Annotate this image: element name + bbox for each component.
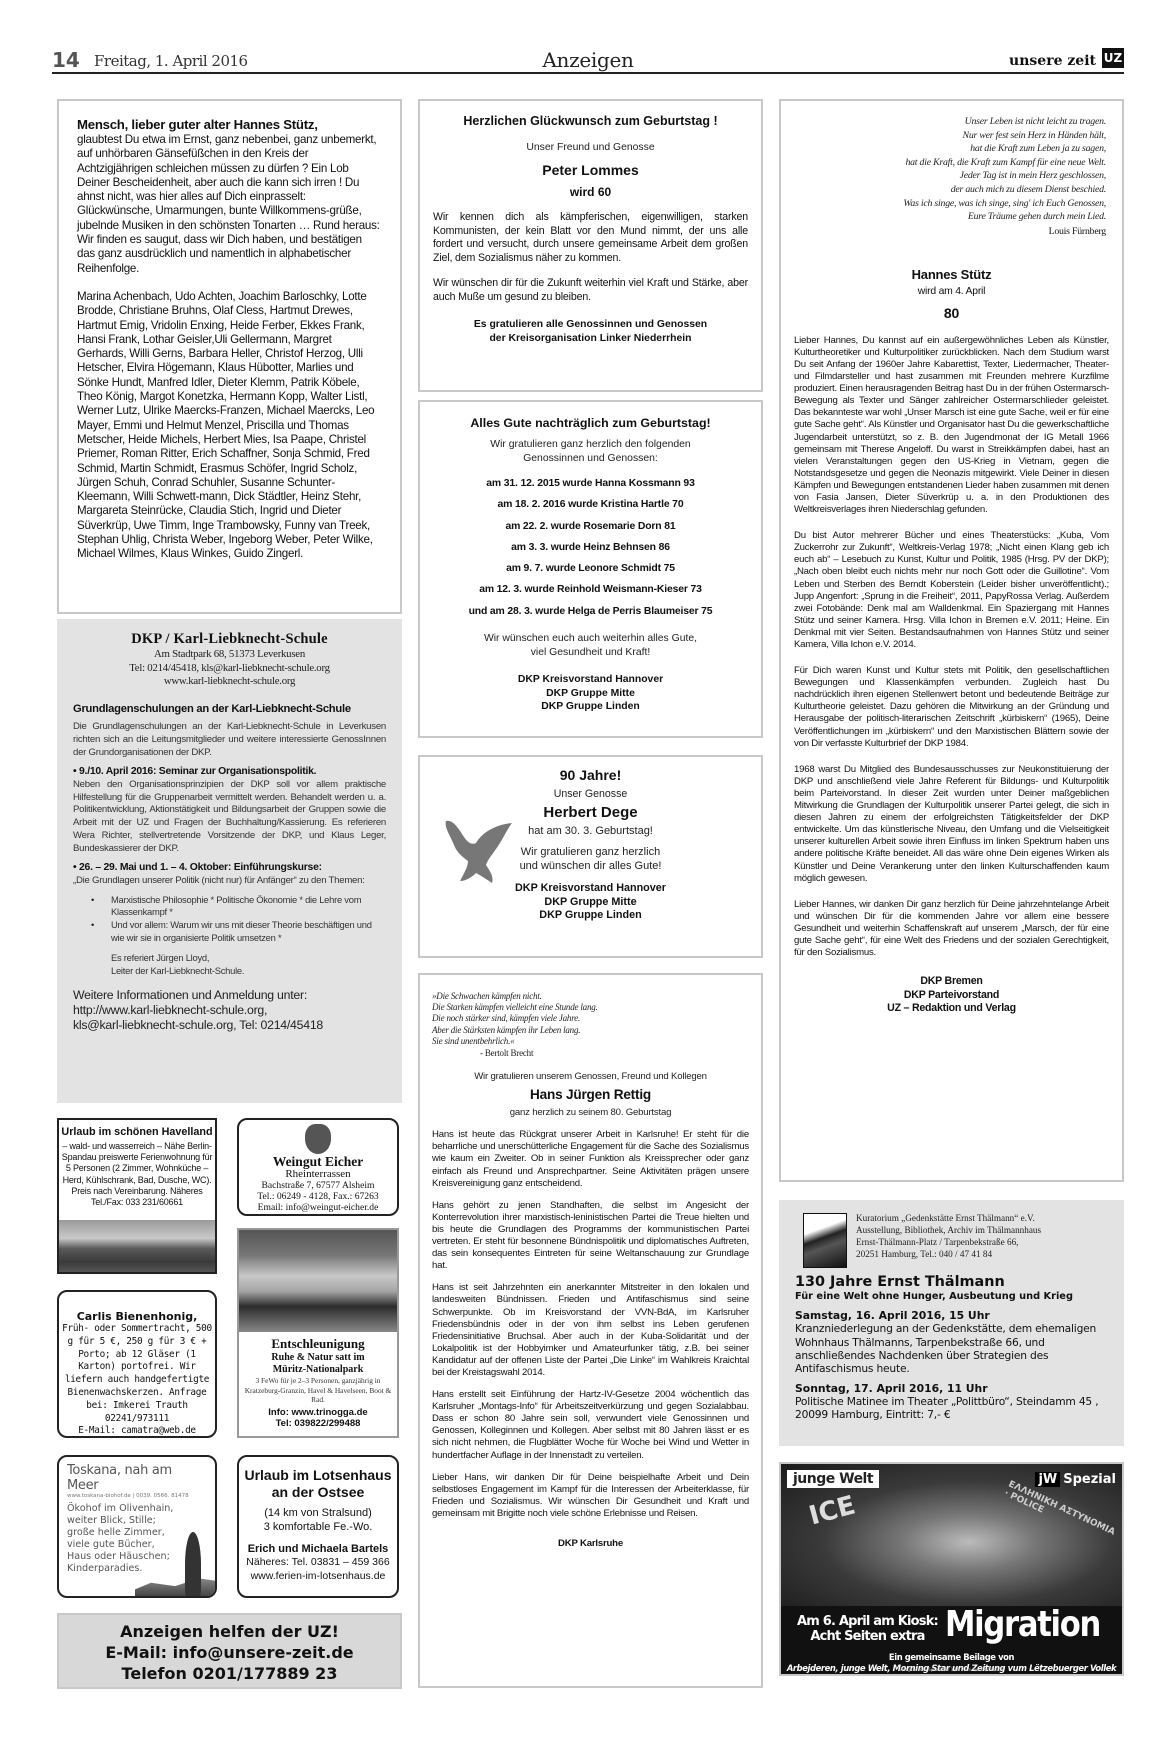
ad-heading: Alles Gute nachträglich zum Geburtstag! [420, 416, 761, 430]
kiosk-line: Am 6. April am Kiosk: [797, 1614, 938, 1629]
ad-karl-liebknecht-schule: DKP / Karl-Liebknecht-Schule Am Stadtpar… [57, 619, 402, 1103]
uz-email[interactable]: E-Mail: info@unsere-zeit.de [59, 1642, 400, 1663]
ad-hans-juergen-rettig: »Die Schwachen kämpfen nicht. Die Starke… [418, 973, 763, 1688]
ad-wish: viel Gesundheit und Kraft! [420, 646, 761, 660]
ad-signature: UZ – Redaktion und Verlag [794, 1002, 1109, 1016]
ad-title: Mensch, lieber guter alter Hannes Stütz, [77, 117, 382, 133]
honoree-age: 80 [794, 305, 1109, 321]
ad-subheading: Wir gratulieren unserem Genossen, Freund… [432, 1071, 749, 1083]
poem-line: der auch mich zu diesem Dienst beschied. [794, 183, 1106, 197]
ad-text: Früh- oder Sommertracht, 500 g für 5 €, … [59, 1323, 215, 1425]
brecht-quote: »Die Schwachen kämpfen nicht. Die Starke… [432, 991, 749, 1059]
ad-signature: der Kreisorganisation Linker Niederrhein [433, 332, 748, 346]
junge-welt-logo: junge Welt [787, 1470, 879, 1488]
uz-slogan: Anzeigen helfen der UZ! [59, 1621, 400, 1642]
ad-hannes-stuetz-80: Unser Leben ist nicht leicht zu tragen. … [779, 99, 1124, 1182]
ad-paragraph: Du bist Autor mehrerer Bücher und eines … [794, 530, 1109, 651]
honoree-name: Hannes Stütz [794, 267, 1109, 282]
ad-phone: Tel: 039822/299488 [239, 1418, 397, 1429]
jw-spezial-badge: jWSpezial [1035, 1472, 1116, 1487]
ad-paragraph: Lieber Hannes, Du kannst auf ein außerge… [794, 335, 1109, 516]
ad-text: – wald- und wasserreich – Nähe Berlin-Sp… [59, 1141, 215, 1208]
ad-signature: DKP Bremen [794, 975, 1109, 989]
event-date: Samstag, 16. April 2016, 15 Uhr [795, 1309, 1108, 1322]
ad-text: (14 km von Stralsund) [239, 1506, 397, 1520]
org-contact: Tel: 0214/45418, kls@karl-liebknecht-sch… [73, 662, 386, 676]
uz-phone: Telefon 0201/177889 23 [59, 1663, 400, 1684]
ad-ernst-thaelmann: Kuratorium „Gedenkstätte Ernst Thälmann“… [779, 1200, 1124, 1446]
org-line: Ernst-Thälmann-Platz / Tarpenbekstraße 6… [856, 1236, 1108, 1248]
birthday-item: am 22. 2. wurde Rosemarie Dorn 81 [420, 516, 761, 537]
ad-title: an der Ostsee [239, 1484, 397, 1501]
topic-item: Und vor allem: Warum wir uns mit dieser … [95, 919, 386, 944]
ad-heading: 130 Jahre Ernst Thälmann [795, 1274, 1108, 1290]
ad-wish: Wir wünschen euch auch weiterhin alles G… [420, 632, 761, 646]
ad-paragraph: Wir wünschen dir für die Zukunft weiterh… [433, 277, 748, 304]
poem-line: hat die Kraft, die Kraft zum Kampf für e… [794, 156, 1106, 170]
quote-line: »Die Schwachen kämpfen nicht. [432, 991, 749, 1002]
ad-subheading: Unser Freund und Genosse [433, 141, 748, 155]
ad-heading: 90 Jahre! [420, 767, 761, 783]
ad-website[interactable]: www.ferien-im-lotsenhaus.de [239, 1570, 397, 1584]
honoree-age: wird 60 [433, 186, 748, 200]
ad-signature: DKP Parteivorstand [794, 989, 1109, 1003]
quote-line: Aber die Stärksten kämpfen ihr Leben lan… [432, 1025, 749, 1036]
ad-phone: Näheres: Tel. 03831 – 459 366 [239, 1556, 397, 1570]
org-website[interactable]: www.karl-liebknecht-schule.org [73, 675, 386, 689]
ad-signature: DKP Gruppe Linden [420, 700, 761, 714]
ad-title: Migration [945, 1604, 1100, 1645]
ad-body: glaubtest Du etwa im Ernst, ganz nebenbe… [77, 133, 380, 275]
ad-signature: DKP Kreisvorstand Hannover [420, 673, 761, 687]
jw-logo-icon: jW [1035, 1472, 1060, 1487]
ad-title: Entschleunigung [239, 1336, 397, 1352]
org-line: 20251 Hamburg, Tel.: 040 / 47 41 84 [856, 1248, 1108, 1260]
ad-herbert-dege: 90 Jahre! Unser Genosse Herbert Dege hat… [418, 755, 763, 958]
ad-subheading: Unser Genosse [420, 788, 761, 800]
price-note: Ausgabe inkl. Spezial für 1,50 € am Kios… [781, 1667, 1122, 1672]
ad-title: Urlaub im Lotsenhaus [239, 1467, 397, 1484]
ad-subtitle: Grundlagenschulungen an der Karl-Liebkne… [73, 703, 386, 716]
ad-title: Carlis Bienenhonig, [59, 1310, 215, 1323]
ad-email[interactable]: E-Mail: camatra@web.de [59, 1425, 215, 1438]
ad-peter-lommes: Herzlichen Glückwunsch zum Geburtstag ! … [418, 99, 763, 392]
course-item: • 26. – 29. Mai und 1. – 4. Oktober: Ein… [73, 862, 386, 887]
ad-subheading: Genossinnen und Genossen: [420, 452, 761, 466]
poem-line: Eure Träume gehen durch mein Lied. [794, 210, 1106, 224]
seminar-item: • 9./10. April 2016: Seminar zur Organis… [73, 766, 386, 855]
section-title: Anzeigen [52, 48, 1124, 72]
poem-line: Jeder Tag ist in mein Herz geschlossen, [794, 169, 1106, 183]
page-header: 14 Freitag, 1. April 2016 Anzeigen unser… [52, 48, 1124, 74]
referent-line: Es referiert Jürgen Lloyd, [111, 952, 386, 965]
ad-title: Weingut Eicher [239, 1154, 397, 1169]
ad-subtitle: Ruhe & Natur satt im [239, 1352, 397, 1364]
poem-line: hat die Kraft zum Leben ja zu sagen, [794, 142, 1106, 156]
course-lead: • 26. – 29. Mai und 1. – 4. Oktober: Ein… [73, 862, 386, 875]
ad-junge-welt-migration: ICE ΕΛΛΗΝΙΚΗ ΑΣΤΥΝΟΜΙΑ · POLICE junge We… [779, 1462, 1124, 1676]
ad-signature: DKP Gruppe Mitte [420, 687, 761, 701]
birthday-item: am 31. 12. 2015 wurde Hanna Kossmann 93 [420, 473, 761, 494]
honoree-name: Hans Jürgen Rettig [432, 1089, 749, 1101]
ad-signature: Es gratulieren alle Genossinnen und Geno… [433, 318, 748, 332]
ad-details: 3 FeWo für je 2–3 Personen, ganzjährig i… [239, 1376, 397, 1405]
org-address: Am Stadtpark 68, 51373 Leverkusen [73, 648, 386, 662]
ad-havelland: Urlaub im schönen Havelland – wald- und … [57, 1118, 217, 1274]
ad-uz-contact: Anzeigen helfen der UZ! E-Mail: info@uns… [57, 1613, 402, 1689]
ad-line: Ökohof im Olivenhain, [67, 1503, 207, 1515]
ad-subtitle: Müritz-Nationalpark [239, 1364, 397, 1376]
quote-line: Die noch stärker sind, kämpfen viele Jah… [432, 1013, 749, 1024]
ad-paragraph: Hans ist seit Jahrzehnten ein anerkannte… [432, 1282, 749, 1379]
hill-illustration [135, 1574, 215, 1596]
ad-belated-birthdays: Alles Gute nachträglich zum Geburtstag! … [418, 400, 763, 738]
ad-lotsenhaus: Urlaub im Lotsenhaus an der Ostsee (14 k… [237, 1455, 399, 1598]
org-name: DKP / Karl-Liebknecht-Schule [73, 631, 386, 648]
ad-paragraph: Für Dich waren Kunst und Kultur stets mi… [794, 665, 1109, 750]
ad-address: Bachstraße 7, 67577 Alsheim [239, 1180, 397, 1191]
topic-item: Marxistische Philosophie * Politische Ök… [95, 894, 386, 919]
ad-weingut-eicher: Weingut Eicher Rheinterrassen Bachstraße… [237, 1118, 399, 1216]
more-info-label: Weitere Informationen und Anmeldung unte… [73, 988, 386, 1003]
ad-text: 3 komfortable Fe.-Wo. [239, 1520, 397, 1534]
ad-paragraph: Hans erstellt seit Einführung der Hartz-… [432, 1389, 749, 1462]
birthday-item: am 3. 3. wurde Heinz Behnsen 86 [420, 537, 761, 558]
birthday-item: am 12. 3. wurde Reinhold Weismann-Kieser… [420, 579, 761, 600]
ad-paragraph: Hans ist heute das Rückgrat unserer Arbe… [432, 1129, 749, 1189]
peace-dove-icon [442, 815, 520, 887]
ad-paragraph: Lieber Hans, wir danken Dir für Deine be… [432, 1472, 749, 1520]
boat-lake-photo [239, 1230, 397, 1332]
poem-author: Louis Fürnberg [794, 226, 1109, 237]
ad-paragraph: 1968 warst Du Mitglied des Bundesausschu… [794, 764, 1109, 885]
ad-line: große helle Zimmer, [67, 1527, 207, 1539]
ad-signature: DKP Gruppe Mitte [420, 896, 761, 910]
ad-heading: Herzlichen Glückwunsch zum Geburtstag ! [433, 115, 748, 129]
event-date: Sonntag, 17. April 2016, 11 Uhr [795, 1382, 1108, 1395]
seminar-text: Neben den Organisationsprinzipien der DK… [73, 779, 386, 855]
poem-line: Was ich singe, was ich singe, sing' ich … [794, 197, 1106, 211]
ad-intro: Die Grundlagenschulungen an der Karl-Lie… [73, 721, 386, 759]
ad-subtitle: Rheinterrassen [239, 1169, 397, 1180]
ad-paragraph: Lieber Hannes, wir danken Dir ganz herzl… [794, 899, 1109, 959]
supplement-line: Ein gemeinsame Beilage von [781, 1652, 1122, 1663]
uz-logo-icon: UZ [1102, 48, 1124, 68]
brand-name: unsere zeit [1009, 53, 1096, 69]
fuernberg-poem: Unser Leben ist nicht leicht zu tragen. … [794, 115, 1109, 224]
ad-hannes-stuetz-letter: Mensch, lieber guter alter Hannes Stütz,… [57, 99, 402, 614]
honoree-name: Peter Lommes [433, 164, 748, 178]
thaelmann-portrait-image [803, 1213, 847, 1268]
poem-line: Unser Leben ist nicht leicht zu tragen. [794, 115, 1106, 129]
ad-subheading: Wir gratulieren ganz herzlich den folgen… [420, 438, 761, 452]
ad-contact-name: Erich und Michaela Bartels [239, 1542, 397, 1556]
birthday-item: am 9. 7. wurde Leonore Schmidt 75 [420, 558, 761, 579]
more-info-contact[interactable]: kls@karl-liebknecht-schule.org, Tel: 021… [73, 1018, 386, 1033]
quote-line: Sie sind unentbehrlich.« [432, 1036, 749, 1047]
ad-bienenhonig: Carlis Bienenhonig, Früh- oder Sommertra… [57, 1290, 217, 1438]
name-list: Marina Achenbach, Udo Achten, Joachim Ba… [77, 290, 382, 562]
quote-line: Die Starken kämpfen vielleicht eine Stun… [432, 1002, 749, 1013]
ad-url[interactable]: www.toskana-biohof.de | 0039. 0566. 8147… [67, 1493, 207, 1499]
referent-line: Leiter der Karl-Liebknecht-Schule. [111, 965, 386, 978]
more-info-link[interactable]: http://www.karl-liebknecht-schule.org, [73, 1003, 386, 1018]
kiosk-line: Acht Seiten extra [797, 1629, 938, 1644]
topic-list: Marxistische Philosophie * Politische Ök… [95, 894, 386, 945]
ad-title: Urlaub im schönen Havelland [59, 1126, 215, 1138]
cypress-tree-icon [185, 1532, 201, 1596]
coat-of-arms-icon [305, 1124, 331, 1154]
org-line: Ausstellung, Bibliothek, Archiv im Thälm… [856, 1224, 1108, 1236]
honoree-date: wird am 4. April [794, 286, 1109, 297]
ad-website[interactable]: Info: www.trinogga.de [239, 1407, 397, 1418]
landscape-photo [59, 1220, 215, 1272]
ad-signature: DKP Karlsruhe [432, 1538, 749, 1550]
ad-paragraph: Hans gehört zu jenen Standhaften, die se… [432, 1200, 749, 1273]
birthday-list: am 31. 12. 2015 wurde Hanna Kossmann 93 … [420, 473, 761, 622]
event-text: Politische Matinee im Theater „Polittbür… [795, 1395, 1108, 1421]
ad-title: Toskana, nah am Meer [67, 1463, 207, 1493]
ad-email[interactable]: Email: info@weingut-eicher.de [239, 1202, 397, 1213]
ad-signature: DKP Gruppe Linden [420, 909, 761, 923]
course-text: „Die Grundlagen unserer Politik (nicht n… [73, 875, 386, 888]
org-line: Kuratorium „Gedenkstätte Ernst Thälmann“… [856, 1212, 1108, 1224]
badge-label: Spezial [1063, 1472, 1116, 1487]
org-info: Kuratorium „Gedenkstätte Ernst Thälmann“… [856, 1212, 1108, 1260]
honoree-age: ganz herzlich zu seinem 80. Geburtstag [432, 1107, 749, 1119]
ad-entschleunigung: Entschleunigung Ruhe & Natur satt im Mür… [237, 1228, 399, 1438]
seminar-lead: • 9./10. April 2016: Seminar zur Organis… [73, 766, 386, 779]
ad-paragraph: Wir kennen dich als kämpferischen, eigen… [433, 211, 748, 265]
ad-line: weiter Blick, Stille; [67, 1515, 207, 1527]
ad-phone: Tel.: 06249 - 4128, Fax.: 67263 [239, 1191, 397, 1202]
birthday-item: und am 28. 3. wurde Helga de Perris Blau… [420, 601, 761, 622]
ad-subheading: Für eine Welt ohne Hunger, Ausbeutung un… [795, 1291, 1108, 1302]
quote-author: - Bertolt Brecht [480, 1047, 749, 1059]
birthday-item: am 18. 2. 2016 wurde Kristina Hartle 70 [420, 494, 761, 515]
poem-line: Nur wer fest sein Herz in Händen hält, [794, 129, 1106, 143]
ad-toskana: Toskana, nah am Meer www.toskana-biohof.… [57, 1455, 217, 1598]
event-text: Kranzniederlegung an der Gedenkstätte, d… [795, 1322, 1108, 1375]
